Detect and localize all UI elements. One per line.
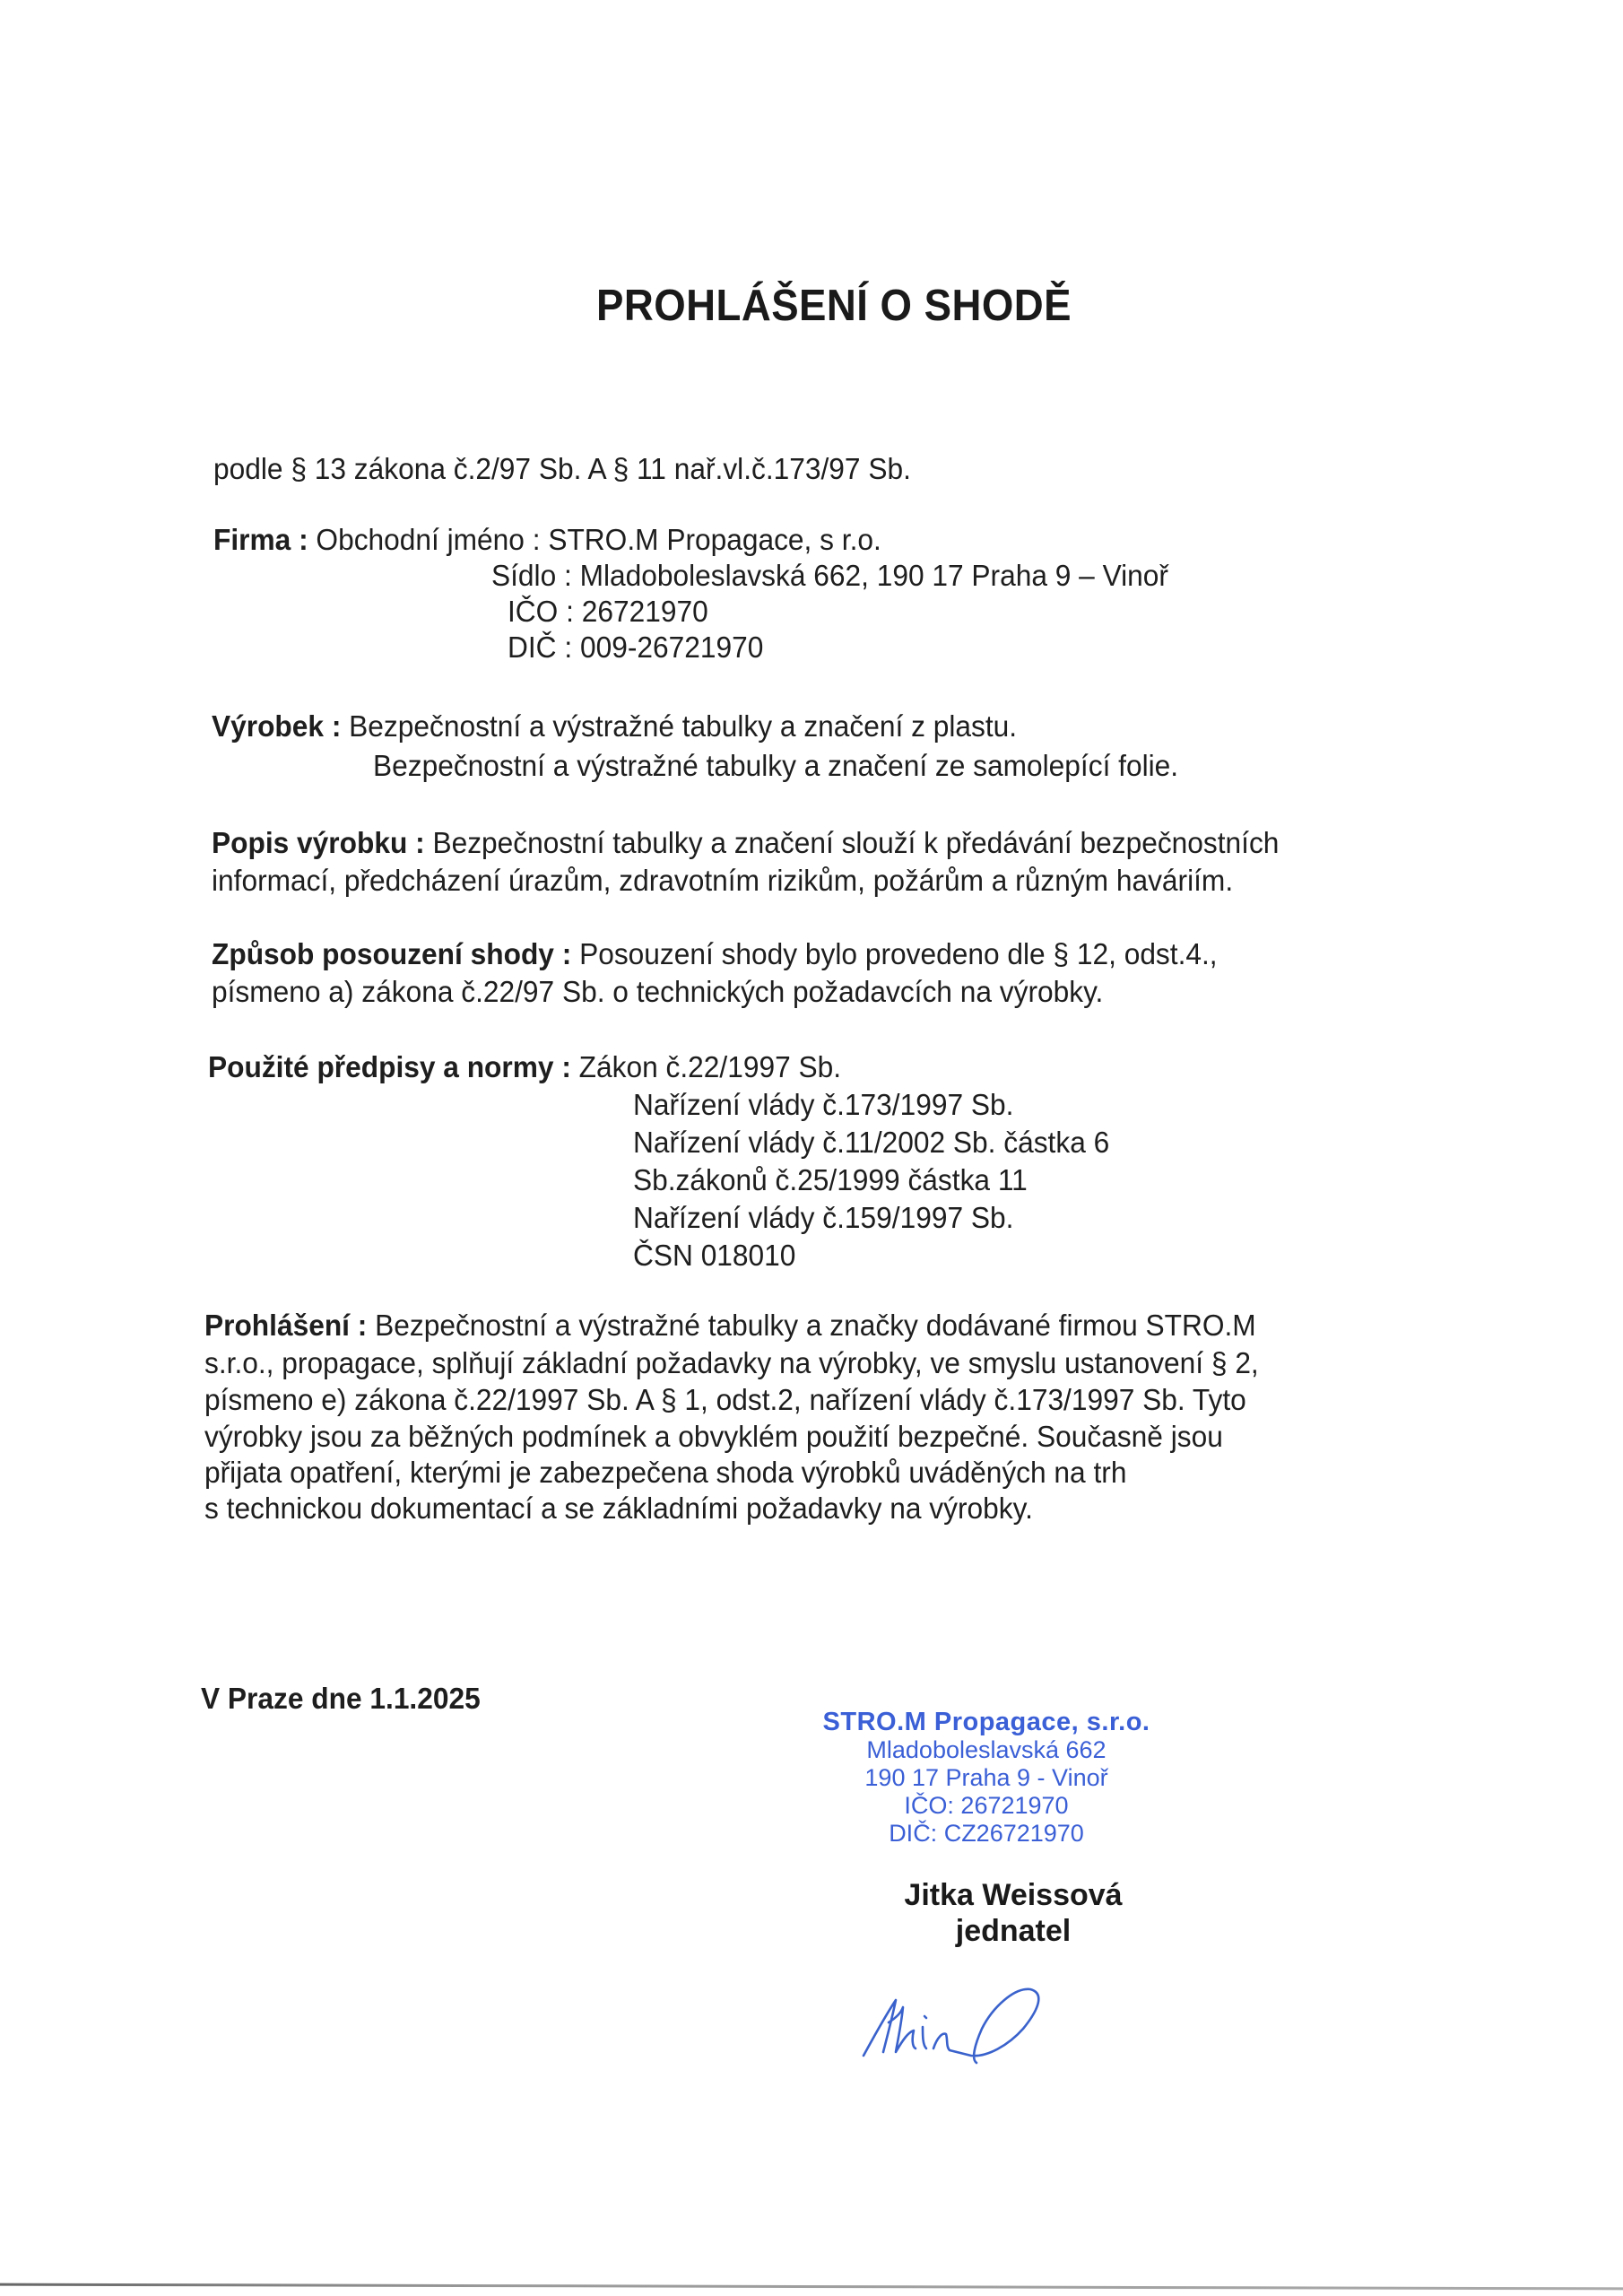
vyrobek-section: Výrobek : Bezpečnostní a výstražné tabul… bbox=[212, 709, 1017, 744]
prohlaseni-line: přijata opatření, kterými je zabezpečena… bbox=[204, 1455, 1126, 1491]
signatory-role: jednatel bbox=[834, 1913, 1193, 1949]
handwritten-signature bbox=[856, 1982, 1063, 2072]
stamp-city: 190 17 Praha 9 - Vinoř bbox=[789, 1764, 1184, 1792]
dic-label: DIČ : bbox=[508, 631, 572, 664]
scan-edge-line bbox=[0, 2283, 1623, 2291]
ico-label: IČO : bbox=[508, 595, 574, 628]
predpisy-label: Použité předpisy a normy : bbox=[208, 1050, 571, 1083]
vyrobek-line-1: Bezpečnostní a výstražné tabulky a znače… bbox=[349, 709, 1017, 743]
zpusob-line-1: Posouzení shody bylo provedeno dle § 12,… bbox=[579, 937, 1218, 970]
zpusob-line-2: písmeno a) zákona č.22/97 Sb. o technick… bbox=[212, 974, 1103, 1010]
sidlo-value: Mladoboleslavská 662, 190 17 Praha 9 – V… bbox=[580, 559, 1168, 592]
dic-value: 009-26721970 bbox=[580, 631, 763, 664]
firma-label: Firma : bbox=[213, 523, 308, 556]
prohlaseni-label: Prohlášení : bbox=[204, 1309, 367, 1342]
company-stamp: STRO.M Propagace, s.r.o. Mladoboleslavsk… bbox=[789, 1709, 1184, 1848]
zpusob-label: Způsob posouzení shody : bbox=[212, 937, 571, 970]
stamp-dic: DIČ: CZ26721970 bbox=[789, 1820, 1184, 1848]
firma-dic: DIČ : 009-26721970 bbox=[508, 630, 763, 665]
prohlaseni-section: Prohlášení : Bezpečnostní a výstražné ta… bbox=[204, 1308, 1256, 1344]
predpis-item: Nařízení vlády č.173/1997 Sb. bbox=[633, 1087, 1013, 1123]
predpis-item: Nařízení vlády č.159/1997 Sb. bbox=[633, 1200, 1013, 1236]
firma-ico: IČO : 26721970 bbox=[508, 594, 708, 630]
stamp-ico: IČO: 26721970 bbox=[789, 1792, 1184, 1820]
predpisy-section: Použité předpisy a normy : Zákon č.22/19… bbox=[208, 1049, 841, 1085]
predpis-item: ČSN 018010 bbox=[633, 1238, 795, 1274]
stamp-street: Mladoboleslavská 662 bbox=[789, 1736, 1184, 1764]
signatory-name: Jitka Weissová bbox=[834, 1877, 1193, 1913]
popis-label: Popis výrobku : bbox=[212, 826, 425, 859]
firma-sidlo: Sídlo : Mladoboleslavská 662, 190 17 Pra… bbox=[491, 558, 1168, 594]
popis-line-2: informací, předcházení úrazům, zdravotní… bbox=[212, 863, 1233, 899]
sidlo-label: Sídlo : bbox=[491, 559, 572, 592]
legal-basis: podle § 13 zákona č.2/97 Sb. A § 11 nař.… bbox=[213, 451, 911, 487]
zpusob-section: Způsob posouzení shody : Posouzení shody… bbox=[212, 936, 1218, 972]
popis-line-1: Bezpečnostní tabulky a značení slouží k … bbox=[432, 826, 1279, 859]
prohlaseni-line: s.r.o., propagace, splňují základní poža… bbox=[204, 1345, 1259, 1381]
signatory-block: Jitka Weissová jednatel bbox=[834, 1877, 1193, 1949]
vyrobek-line-2: Bezpečnostní a výstražné tabulky a znače… bbox=[373, 748, 1178, 784]
predpis-item: Nařízení vlády č.11/2002 Sb. částka 6 bbox=[633, 1125, 1109, 1161]
firma-name-label: Obchodní jméno : bbox=[316, 523, 540, 556]
prohlaseni-line: s technickou dokumentací a se základními… bbox=[204, 1491, 1033, 1526]
stamp-company: STRO.M Propagace, s.r.o. bbox=[789, 1709, 1184, 1736]
document-title: PROHLÁŠENÍ O SHODĚ bbox=[58, 281, 1610, 331]
firma-name-value: STRO.M Propagace, s r.o. bbox=[548, 523, 881, 556]
predpis-item: Zákon č.22/1997 Sb. bbox=[579, 1050, 841, 1083]
popis-section: Popis výrobku : Bezpečnostní tabulky a z… bbox=[212, 825, 1279, 861]
prohlaseni-line: písmeno e) zákona č.22/1997 Sb. A § 1, o… bbox=[204, 1382, 1246, 1418]
place-date: V Praze dne 1.1.2025 bbox=[201, 1681, 481, 1717]
predpis-item: Sb.zákonů č.25/1999 částka 11 bbox=[633, 1162, 1028, 1198]
vyrobek-label: Výrobek : bbox=[212, 709, 341, 743]
prohlaseni-line: výrobky jsou za běžných podmínek a obvyk… bbox=[204, 1419, 1223, 1455]
prohlaseni-line: Bezpečnostní a výstražné tabulky a značk… bbox=[375, 1309, 1256, 1342]
ico-value: 26721970 bbox=[582, 595, 708, 628]
firma-section: Firma : Obchodní jméno : STRO.M Propagac… bbox=[213, 522, 881, 558]
